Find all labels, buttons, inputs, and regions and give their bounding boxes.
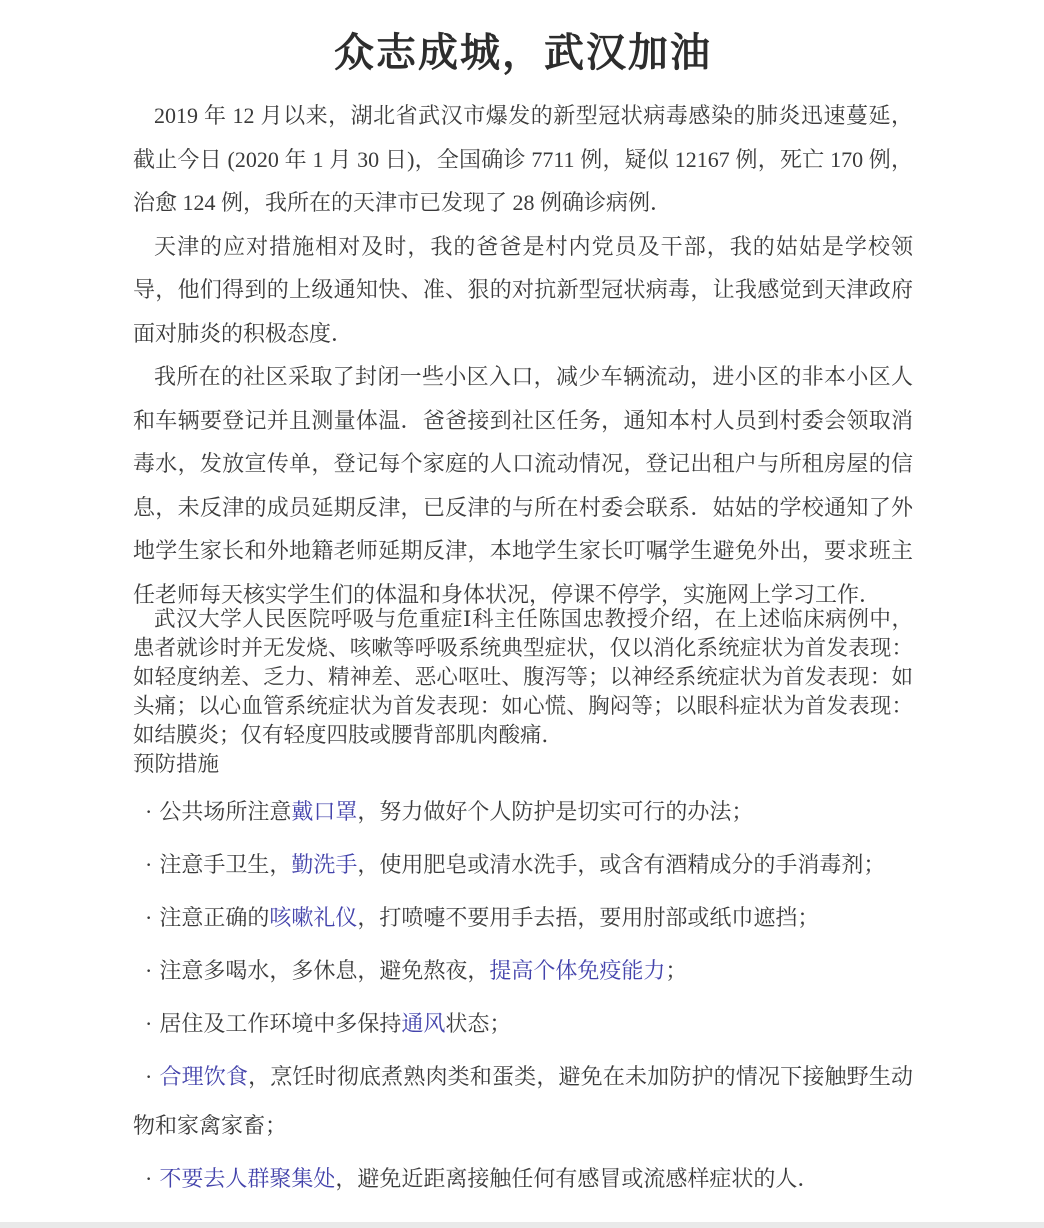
prevention-item: ·注意多喝水，多休息，避免熬夜，提高个体免疫能力； [133,946,913,995]
prevention-text: 公共场所注意 [159,799,291,824]
prevention-text: ，烹饪时彻底煮熟肉类和蛋类，避免在未加防护的情况下接触野生动物和家禽家畜； [133,1064,913,1138]
prevention-link[interactable]: 通风 [401,1011,445,1036]
paragraph-outbreak-stats: 2019 年 12 月以来，湖北省武汉市爆发的新型冠状病毒感染的肺炎迅速蔓延，截… [133,94,913,225]
paragraph-community-measures: 我所在的社区采取了封闭一些小区入口，减少车辆流动，进小区的非本小区人和车辆要登记… [133,355,913,616]
prevention-text: ，打喷嚏不要用手去捂，要用肘部或纸巾遮挡； [357,905,819,930]
paragraph-clinical-symptoms: 武汉大学人民医院呼吸与危重症Ⅰ科主任陈国忠教授介绍，在上述临床病例中，患者就诊时… [133,605,913,750]
bullet-dot-icon: · [145,840,159,889]
bullet-dot-icon: · [145,1154,159,1203]
prevention-link[interactable]: 不要去人群聚集处 [159,1166,335,1191]
prevention-text: 注意手卫生， [159,852,291,877]
document-page: 众志成城，武汉加油 2019 年 12 月以来，湖北省武汉市爆发的新型冠状病毒感… [0,0,1044,1228]
prevention-item: ·合理饮食，烹饪时彻底煮熟肉类和蛋类，避免在未加防护的情况下接触野生动物和家禽家… [133,1052,913,1150]
prevention-list: ·公共场所注意戴口罩，努力做好个人防护是切实可行的办法；·注意手卫生，勤洗手，使… [133,787,913,1203]
prevention-item: ·注意手卫生，勤洗手，使用肥皂或清水洗手，或含有酒精成分的手消毒剂； [133,840,913,889]
bullet-dot-icon: · [145,893,159,942]
bullet-dot-icon: · [145,1052,159,1101]
prevention-item: ·居住及工作环境中多保持通风状态； [133,999,913,1048]
prevention-link[interactable]: 咳嗽礼仪 [269,905,357,930]
paragraph-tianjin-response: 天津的应对措施相对及时，我的爸爸是村内党员及干部，我的姑姑是学校领导，他们得到的… [133,225,913,356]
page-bottom-edge [0,1222,1044,1228]
prevention-text: ； [665,958,687,983]
prevention-heading: 预防措施 [133,750,913,779]
prevention-item: ·不要去人群聚集处，避免近距离接触任何有感冒或流感样症状的人． [133,1154,913,1203]
prevention-link[interactable]: 戴口罩 [291,799,357,824]
bullet-dot-icon: · [145,787,159,836]
prevention-text: 状态； [445,1011,511,1036]
prevention-text: ，使用肥皂或清水洗手，或含有酒精成分的手消毒剂； [357,852,885,877]
prevention-text: 注意多喝水，多休息，避免熬夜， [159,958,489,983]
bullet-dot-icon: · [145,946,159,995]
prevention-text: 居住及工作环境中多保持 [159,1011,401,1036]
prevention-item: ·注意正确的咳嗽礼仪，打喷嚏不要用手去捂，要用肘部或纸巾遮挡； [133,893,913,942]
prevention-link[interactable]: 勤洗手 [291,852,357,877]
prevention-link[interactable]: 合理饮食 [159,1064,248,1089]
page-title: 众志成城，武汉加油 [133,28,913,78]
prevention-item: ·公共场所注意戴口罩，努力做好个人防护是切实可行的办法； [133,787,913,836]
prevention-text: ，努力做好个人防护是切实可行的办法； [357,799,753,824]
prevention-text: 注意正确的 [159,905,269,930]
bullet-dot-icon: · [145,999,159,1048]
prevention-link[interactable]: 提高个体免疫能力 [489,958,665,983]
prevention-text: ，避免近距离接触任何有感冒或流感样症状的人． [335,1166,819,1191]
